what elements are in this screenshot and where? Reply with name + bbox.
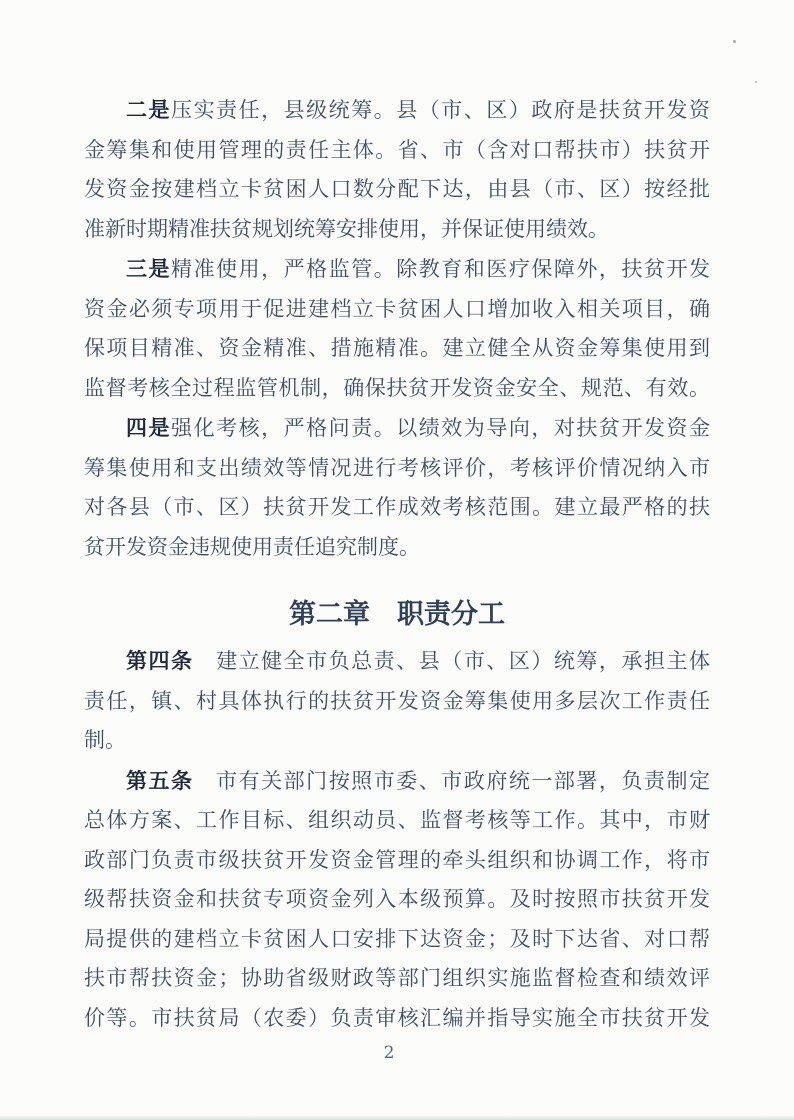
text-line: 二是压实责任，县级统筹。县（市、区）政府是扶贫开发资 — [84, 90, 710, 131]
text-line: 保项目精准、资金精准、措施精准。建立健全从资金筹集使用到 — [84, 329, 710, 369]
text-line: 制。 — [84, 721, 710, 761]
paragraph-point-three: 三是精准使用，严格监管。除教育和医疗保障外，扶贫开发 资金必须专项用于促进建档立… — [84, 249, 710, 408]
line-text: 建立健全市负总责、县（市、区）统筹，承担主体 — [216, 649, 710, 673]
line-text: 精准使用，严格监管。除教育和医疗保障外，扶贫开发 — [171, 257, 710, 281]
line-text: 压实责任，县级统筹。县（市、区）政府是扶贫开发资 — [171, 98, 710, 122]
document-content: 二是压实责任，县级统筹。县（市、区）政府是扶贫开发资 金筹集和使用管理的责任主体… — [84, 90, 710, 1038]
text-line: 发资金按建档立卡贫困人口数分配下达，由县（市、区）按经批 — [84, 170, 710, 210]
text-line: 第五条 市有关部门按照市委、市政府统一部署，负责制定 — [84, 761, 710, 802]
paragraph-point-two: 二是压实责任，县级统筹。县（市、区）政府是扶贫开发资 金筹集和使用管理的责任主体… — [84, 90, 710, 249]
paragraph-point-four: 四是强化考核，严格问责。以绩效为导向，对扶贫开发资金 筹集使用和支出绩效等情况进… — [84, 408, 710, 567]
text-line: 监督考核全过程监管机制，确保扶贫开发资金安全、规范、有效。 — [84, 369, 710, 409]
text-line: 局提供的建档立卡贫困人口安排下达资金；及时下达省、对口帮 — [84, 920, 710, 960]
text-line: 对各县（市、区）扶贫开发工作成效考核范围。建立最严格的扶 — [84, 488, 710, 528]
scan-speck-artifact — [733, 40, 736, 43]
article-number-lead: 第四条 — [126, 648, 216, 673]
paragraph-article-4: 第四条 建立健全市负总责、县（市、区）统筹，承担主体 责任，镇、村具体执行的扶贫… — [84, 641, 710, 761]
page-number: 2 — [0, 1042, 786, 1064]
text-line: 金筹集和使用管理的责任主体。省、市（含对口帮扶市）扶贫开 — [84, 131, 710, 171]
line-text: 强化考核，严格问责。以绩效为导向，对扶贫开发资金 — [171, 416, 710, 440]
text-line: 贫开发资金违规使用责任追究制度。 — [84, 528, 710, 568]
text-line: 责任，镇、村具体执行的扶贫开发资金筹集使用多层次工作责任 — [84, 682, 710, 722]
paragraph-article-5: 第五条 市有关部门按照市委、市政府统一部署，负责制定 总体方案、工作目标、组织动… — [84, 761, 710, 1039]
article-number-lead: 第五条 — [126, 768, 216, 793]
text-line: 级帮扶资金和扶贫专项资金列入本级预算。及时按照市扶贫开发 — [84, 880, 710, 920]
document-page: 二是压实责任，县级统筹。县（市、区）政府是扶贫开发资 金筹集和使用管理的责任主体… — [0, 0, 794, 1120]
scan-bottom-edge-artifact — [0, 1115, 794, 1120]
chapter-heading: 第二章 职责分工 — [84, 595, 710, 635]
scan-speck-artifact — [755, 81, 757, 83]
text-line: 筹集使用和支出绩效等情况进行考核评价，考核评价情况纳入市 — [84, 449, 710, 489]
text-line: 准新时期精准扶贫规划统筹安排使用，并保证使用绩效。 — [84, 210, 710, 250]
paragraph-lead: 三是 — [126, 256, 171, 281]
text-line: 价等。市扶贫局（农委）负责审核汇编并指导实施全市扶贫开发 — [84, 999, 710, 1039]
text-line: 第四条 建立健全市负总责、县（市、区）统筹，承担主体 — [84, 641, 710, 682]
paragraph-lead: 二是 — [126, 97, 171, 122]
text-line: 总体方案、工作目标、组织动员、监督考核等工作。其中，市财 — [84, 801, 710, 841]
paragraph-lead: 四是 — [126, 415, 171, 440]
text-line: 三是精准使用，严格监管。除教育和医疗保障外，扶贫开发 — [84, 249, 710, 290]
text-line: 资金必须专项用于促进建档立卡贫困人口增加收入相关项目，确 — [84, 290, 710, 330]
text-line: 扶市帮扶资金；协助省级财政等部门组织实施监督检查和绩效评 — [84, 959, 710, 999]
text-line: 政部门负责市级扶贫开发资金管理的牵头组织和协调工作，将市 — [84, 841, 710, 881]
line-text: 市有关部门按照市委、市政府统一部署，负责制定 — [216, 769, 710, 793]
text-line: 四是强化考核，严格问责。以绩效为导向，对扶贫开发资金 — [84, 408, 710, 449]
